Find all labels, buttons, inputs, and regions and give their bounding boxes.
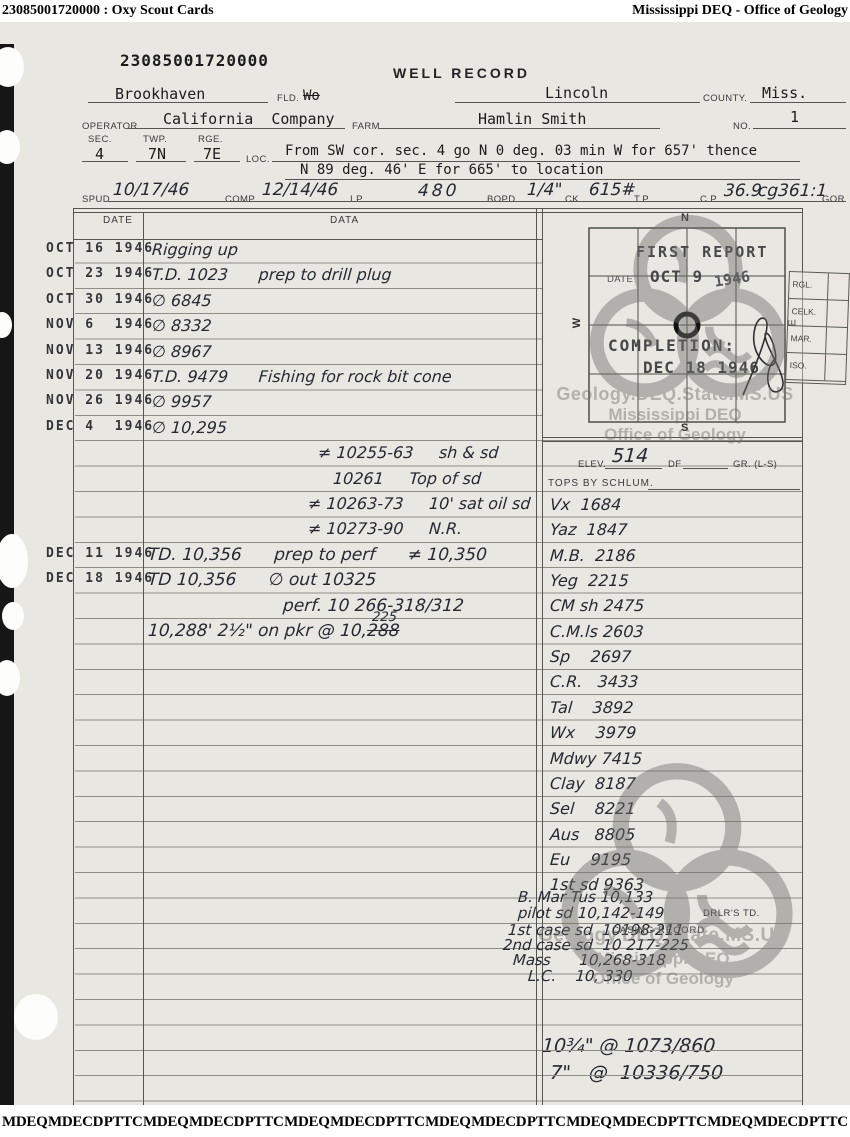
rge-label: RGE. [198, 134, 223, 145]
print-footer: MDEQMDECDPTTCMDEQMDECDPTTCMDEQMDECDPTTCM… [0, 1105, 850, 1137]
footer-acronym: MDEQ [284, 1114, 329, 1131]
plat-south-label: S [681, 422, 688, 434]
plat-bottom-rule-1 [542, 437, 802, 438]
state-name: Miss. [762, 84, 807, 102]
cp-label: C.P. [700, 194, 719, 205]
well-no-value: 1 [790, 108, 799, 126]
footer-acronym: PTTC [386, 1114, 425, 1131]
formation-top: Eu 9195 [549, 850, 632, 869]
torn-paper-spot [0, 130, 20, 164]
log-entry-text: T.D. 9479 Fishing for rock bit cone [151, 367, 452, 386]
plat-north-label: N [681, 212, 689, 224]
footer-acronym: MDEQ [425, 1114, 470, 1131]
formation-top: Mdwy 7415 [549, 749, 643, 768]
footer-acronym: MDECD [189, 1114, 244, 1131]
print-header: 23085001720000 : Oxy Scout Cards Mississ… [0, 0, 850, 22]
sec-underline [82, 161, 128, 162]
signature [715, 307, 835, 402]
formation-top: M.B. 2186 [549, 546, 636, 565]
field-struck-text: Wo [303, 88, 320, 104]
log-entry-text: TD. 10,356 prep to perf ≠ 10,350 [147, 545, 487, 565]
footer-acronym: PTTC [245, 1114, 284, 1131]
first-report-date-label: DATE [607, 274, 633, 285]
df-label: DF [668, 459, 681, 470]
page-title: WELL RECORD [393, 65, 530, 81]
county-name: Lincoln [545, 84, 608, 102]
table-top-rule-2 [73, 212, 803, 213]
first-report-date-stamp: OCT 9 [650, 267, 703, 286]
farm-label: FARM [352, 121, 380, 132]
api-number: 23085001720000 [120, 51, 269, 70]
log-entry-text: ∅ 8967 [151, 342, 212, 361]
elev-label: ELEV. [578, 459, 606, 470]
loc-label: LOC. [246, 154, 270, 165]
document-tab-title: 23085001720000 : Oxy Scout Cards [2, 3, 214, 19]
formation-top: Clay 8187 [549, 774, 636, 793]
footer-acronym: MDEQ [2, 1114, 47, 1131]
data-column-divider-1 [536, 208, 537, 1127]
page: 23085001720000 : Oxy Scout Cards Mississ… [0, 0, 850, 1137]
spud-value: 10/17/46 [112, 180, 190, 200]
formation-top: Wx 3979 [549, 723, 637, 742]
spud-row-underline [108, 201, 846, 202]
bopd-label: BOPD [487, 194, 516, 205]
twp-label: TWP. [143, 134, 167, 145]
corrected-depth: 225 [372, 610, 398, 625]
location-line-2: N 89 deg. 46' E for 665' to location [300, 162, 603, 178]
formation-top: C.R. 3433 [549, 672, 639, 691]
field-name: Brookhaven [115, 85, 205, 103]
log-entry-text: ≠ 10273-90 N.R. [307, 519, 463, 538]
operator-name: California Company [163, 110, 335, 128]
footer-acronym: MDECD [612, 1114, 667, 1131]
routing-stamp-divider [827, 273, 829, 299]
torn-paper-spot [0, 47, 24, 87]
casing-depth-note: pilot sd 10,142-149 [517, 904, 665, 922]
plat-bottom-rule-2 [542, 441, 802, 442]
gr-label: GR. (L-S) [733, 459, 777, 470]
drlrs-td-label: DRLR'S TD. [703, 908, 760, 919]
footer-acronym: PTTC [809, 1114, 848, 1131]
plat-west-label: W [571, 318, 583, 328]
formation-top: Yeg 2215 [549, 571, 629, 590]
footer-acronym: PTTC [668, 1114, 707, 1131]
well-no-underline [753, 128, 846, 129]
punch-hole [14, 994, 58, 1040]
data-column-divider-2 [542, 208, 543, 1127]
twp-underline [136, 161, 186, 162]
rge-underline [194, 161, 240, 162]
casing-record-label: CASING RECORD [612, 925, 705, 936]
bopd-value: 1/4" [526, 180, 563, 200]
tops-label: TOPS BY SCHLUM. [548, 478, 654, 489]
torn-paper-spot [2, 602, 24, 630]
first-report-stamp: FIRST REPORT [636, 243, 768, 261]
log-entry-text: Rigging up [151, 240, 238, 259]
log-entry-text: T.D. 1023 prep to drill plug [151, 265, 392, 284]
log-entry-text: 10,288' 2½" on pkr @ 10,288225 [147, 621, 400, 641]
log-entry-text: 10261 Top of sd [332, 469, 481, 488]
formation-top: CM sh 2475 [549, 596, 645, 615]
table-left-border [73, 208, 74, 1127]
formation-top: Sel 8221 [549, 799, 636, 818]
agency-title: Mississippi DEQ - Office of Geology [632, 3, 848, 19]
footer-acronyms: MDEQMDECDPTTCMDEQMDECDPTTCMDEQMDECDPTTCM… [2, 1114, 848, 1131]
footer-acronym: MDECD [330, 1114, 385, 1131]
footer-acronym: MDECD [753, 1114, 808, 1131]
formation-top: Yaz 1847 [549, 520, 628, 539]
casing-depth-note: L.C. 10, 330 [527, 967, 633, 985]
routing-stamp-label: RGL. [792, 279, 812, 290]
log-entry-text: ≠ 10263-73 10' sat oil sd [307, 494, 531, 513]
log-entry-text: ∅ 6845 [151, 291, 212, 310]
ip-value: 480 [417, 181, 460, 201]
log-entry-text: ∅ 10,295 [151, 418, 227, 437]
torn-paper-spot [0, 534, 28, 588]
footer-acronym: MDECD [471, 1114, 526, 1131]
formation-top: Vx 1684 [549, 495, 622, 514]
county-underline [455, 102, 700, 103]
table-top-rule-1 [73, 208, 803, 209]
log-entry-text: ∅ 9957 [151, 392, 212, 411]
date-column-header: DATE [103, 215, 133, 226]
gor-label: GOR [822, 194, 845, 205]
comp-label: COMP. [225, 194, 257, 205]
footer-acronym: PTTC [527, 1114, 566, 1131]
ck-value: 615# [588, 180, 636, 200]
well-record-card: 23085001720000 WELL RECORD Brookhaven FL… [0, 22, 850, 1105]
log-entry-text: TD 10,356 ∅ out 10325 [147, 570, 377, 590]
formation-top: Aus 8805 [549, 825, 636, 844]
log-entry-text: ≠ 10255-63 sh & sd [317, 443, 499, 462]
comp-value: 12/14/46 [261, 180, 339, 200]
ip-label: I.P. [350, 194, 365, 205]
operator-underline [128, 128, 345, 129]
formation-top: Sp 2697 [549, 647, 632, 666]
spud-label: SPUD [82, 194, 110, 205]
routing-stamp-row: RGL. [789, 272, 849, 301]
operator-label: OPERATOR [82, 121, 138, 132]
data-column-header: DATA [330, 215, 359, 226]
state-underline [750, 102, 846, 103]
torn-paper-spot [0, 660, 20, 696]
farm-underline [378, 128, 660, 129]
sec-label: SEC. [88, 134, 112, 145]
footer-acronym: MDECD [48, 1114, 103, 1131]
county-label: COUNTY. [703, 93, 747, 104]
tp-label: T.P. [634, 194, 651, 205]
well-no-label: NO. [733, 121, 751, 132]
footer-acronym: PTTC [104, 1114, 143, 1131]
footer-acronym: MDEQ [566, 1114, 611, 1131]
formation-top: Tal 3892 [549, 698, 634, 717]
footer-acronym: MDEQ [707, 1114, 752, 1131]
gor-ratio-value: cg361:1 [757, 181, 828, 201]
log-entry-text: ∅ 8332 [151, 316, 212, 335]
formation-top: C.M.ls 2603 [549, 622, 644, 641]
date-column-divider [143, 212, 144, 1127]
footer-acronym: MDEQ [143, 1114, 188, 1131]
ck-label: CK. [565, 194, 582, 205]
location-line-1: From SW cor. sec. 4 go N 0 deg. 03 min W… [285, 143, 757, 159]
field-label: FLD. [277, 93, 299, 104]
farm-name: Hamlin Smith [478, 110, 586, 128]
